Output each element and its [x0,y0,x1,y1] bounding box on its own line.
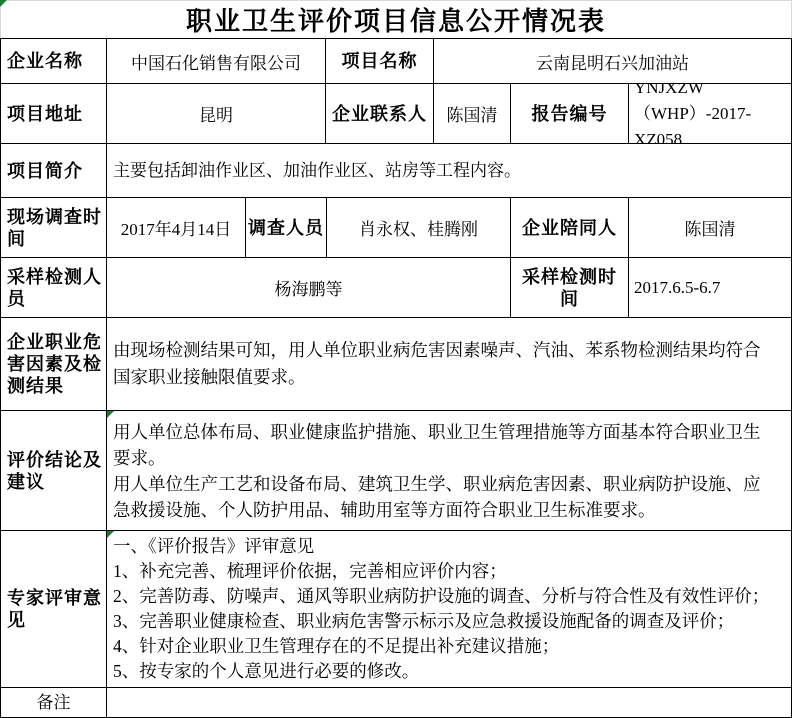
label-expert-review: 专家评审意见 [1,531,107,688]
page-title: 职业卫生评价项目信息公开情况表 [186,1,606,38]
spreadsheet-document: 职业卫生评价项目信息公开情况表 企业名称 中国石化销售有限公司 项目名称 云南昆… [0,0,792,718]
label-company-contact: 企业联系人 [326,84,434,144]
value-survey-personnel: 肖永权、桂腾刚 [327,198,511,258]
value-company-escort: 陈国清 [629,198,792,258]
value-expert-review: 一、《评价报告》评审意见 1、补充完善、梳理评价依据，完善相应评价内容； 2、完… [107,531,792,688]
label-report-number: 报告编号 [511,84,629,144]
label-project-name: 项目名称 [326,39,434,84]
conclusion-paragraph-1: 用人单位总体布局、职业健康监护措施、职业卫生管理措施等方面基本符合职业卫生要求。 [113,419,772,471]
label-company-name: 企业名称 [1,39,107,84]
value-project-name: 云南昆明石兴加油站 [434,39,792,84]
expert-review-line: 4、针对企业职业卫生管理存在的不足提出补充建议措施； [113,634,772,659]
table-row-remarks: 备注 [1,688,792,718]
hazard-results-text: 由现场检测结果可知，用人单位职业病危害因素噪声、汽油、苯系物检测结果均符合国家职… [113,337,772,391]
label-conclusion: 评价结论及建议 [1,411,107,531]
table-row-conclusion: 评价结论及建议 用人单位总体布局、职业健康监护措施、职业卫生管理措施等方面基本符… [1,411,792,531]
value-company-name: 中国石化销售有限公司 [107,39,326,84]
expert-review-line: 3、完善职业健康检查、职业病危害警示标示及应急救援设施配备的调查及评价； [113,609,772,634]
value-company-contact: 陈国清 [434,84,511,144]
label-hazard-results: 企业职业危害因素及检测结果 [1,318,107,411]
value-sampling-personnel: 杨海鹏等 [107,258,511,318]
expert-review-line: 1、补充完善、梳理评价依据，完善相应评价内容； [113,559,772,584]
value-survey-date: 2017年4月14日 [107,198,246,258]
conclusion-paragraph-2: 用人单位生产工艺和设备布局、建筑卫生学、职业病危害因素、职业病防护设施、应急救援… [113,471,772,523]
green-triangle-icon [107,531,114,538]
expert-review-line: 2、完善防毒、防噪声、通风等职业病防护设施的调查、分析与符合性及有效性评价； [113,584,772,609]
table-row-hazard-results: 企业职业危害因素及检测结果 由现场检测结果可知，用人单位职业病危害因素噪声、汽油… [1,318,792,411]
info-table: 企业名称 中国石化销售有限公司 项目名称 云南昆明石兴加油站 项目地址 昆明 企… [0,38,792,718]
green-triangle-icon [0,0,7,7]
document-title-row: 职业卫生评价项目信息公开情况表 [0,0,792,38]
value-project-address: 昆明 [107,84,326,144]
table-row-project-brief: 项目简介 主要包括卸油作业区、加油作业区、站房等工程内容。 [1,144,792,198]
table-row-sampling: 采样检测人员 杨海鹏等 采样检测时间 2017.6.5-6.7 [1,258,792,318]
label-project-brief: 项目简介 [1,144,107,198]
label-remarks: 备注 [1,688,107,718]
value-project-brief: 主要包括卸油作业区、加油作业区、站房等工程内容。 [107,144,792,198]
table-row-site-survey: 现场调查时间 2017年4月14日 调查人员 肖永权、桂腾刚 企业陪同人 陈国清 [1,198,792,258]
label-sampling-personnel: 采样检测人员 [1,258,107,318]
expert-review-line: 一、《评价报告》评审意见 [113,534,772,559]
label-survey-date: 现场调查时间 [1,198,107,258]
table-row-address: 项目地址 昆明 企业联系人 陈国清 报告编号 YNJXZW（WHP）-2017-… [1,84,792,144]
value-sampling-time: 2017.6.5-6.7 [629,258,792,318]
table-row-company: 企业名称 中国石化销售有限公司 项目名称 云南昆明石兴加油站 [1,39,792,84]
value-report-number: YNJXZW（WHP）-2017-XZ058 [629,84,792,144]
value-hazard-results: 由现场检测结果可知，用人单位职业病危害因素噪声、汽油、苯系物检测结果均符合国家职… [107,318,792,411]
table-row-expert-review: 专家评审意见 一、《评价报告》评审意见 1、补充完善、梳理评价依据，完善相应评价… [1,531,792,688]
value-conclusion: 用人单位总体布局、职业健康监护措施、职业卫生管理措施等方面基本符合职业卫生要求。… [107,411,792,531]
value-remarks [107,688,792,718]
label-survey-personnel: 调查人员 [246,198,327,258]
label-project-address: 项目地址 [1,84,107,144]
label-sampling-time: 采样检测时间 [511,258,629,318]
label-company-escort: 企业陪同人 [511,198,629,258]
green-triangle-icon [107,411,114,418]
expert-review-line: 5、按专家的个人意见进行必要的修改。 [113,659,772,684]
